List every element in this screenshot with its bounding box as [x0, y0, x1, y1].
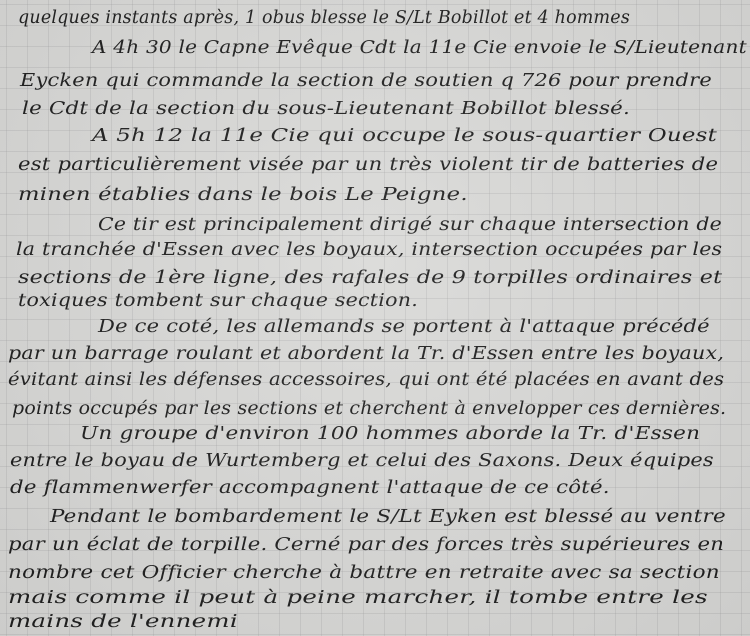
handwritten-line: Pendant le bombardement le S/Lt Eyken es…	[50, 507, 726, 527]
handwritten-line: par un éclat de torpille. Cerné par des …	[8, 535, 724, 555]
handwritten-line: points occupés par les sections et cherc…	[12, 399, 726, 419]
handwritten-line: entre le boyau de Wurtemberg et celui de…	[10, 451, 714, 471]
handwritten-line: sections de 1ère ligne, des rafales de 9…	[18, 268, 722, 288]
handwritten-line: nombre cet Officier cherche à battre en …	[8, 563, 720, 583]
handwritten-line: quelques instants après, 1 obus blesse l…	[18, 8, 630, 28]
handwritten-line: de flammenwerfer accompagnent l'attaque …	[10, 478, 610, 498]
handwritten-line: est particulièrement visée par un très v…	[18, 155, 718, 175]
handwritten-line: A 4h 30 le Capne Evêque Cdt la 11e Cie e…	[92, 38, 747, 58]
handwritten-page: quelques instants après, 1 obus blesse l…	[0, 0, 750, 636]
handwritten-line: le Cdt de la section du sous-Lieutenant …	[22, 99, 630, 119]
handwritten-line: mains de l'ennemi	[8, 612, 238, 632]
handwritten-line: Eycken qui commande la section de soutie…	[20, 71, 712, 91]
handwritten-line: minen établies dans le bois Le Peigne.	[18, 185, 468, 205]
handwritten-line: par un barrage roulant et abordent la Tr…	[8, 344, 724, 364]
handwritten-line: évitant ainsi les défenses accessoires, …	[8, 370, 724, 390]
handwritten-line: Ce tir est principalement dirigé sur cha…	[98, 215, 722, 235]
handwritten-line: A 5h 12 la 11e Cie qui occupe le sous-qu…	[92, 126, 717, 146]
handwritten-line: Un groupe d'environ 100 hommes aborde la…	[80, 424, 700, 444]
handwritten-line: toxiques tombent sur chaque section.	[18, 291, 418, 311]
handwritten-line: la tranchée d'Essen avec les boyaux, int…	[16, 240, 722, 260]
handwritten-line: mais comme il peut à peine marcher, il t…	[8, 588, 708, 608]
handwritten-line: De ce coté, les allemands se portent à l…	[98, 317, 710, 337]
